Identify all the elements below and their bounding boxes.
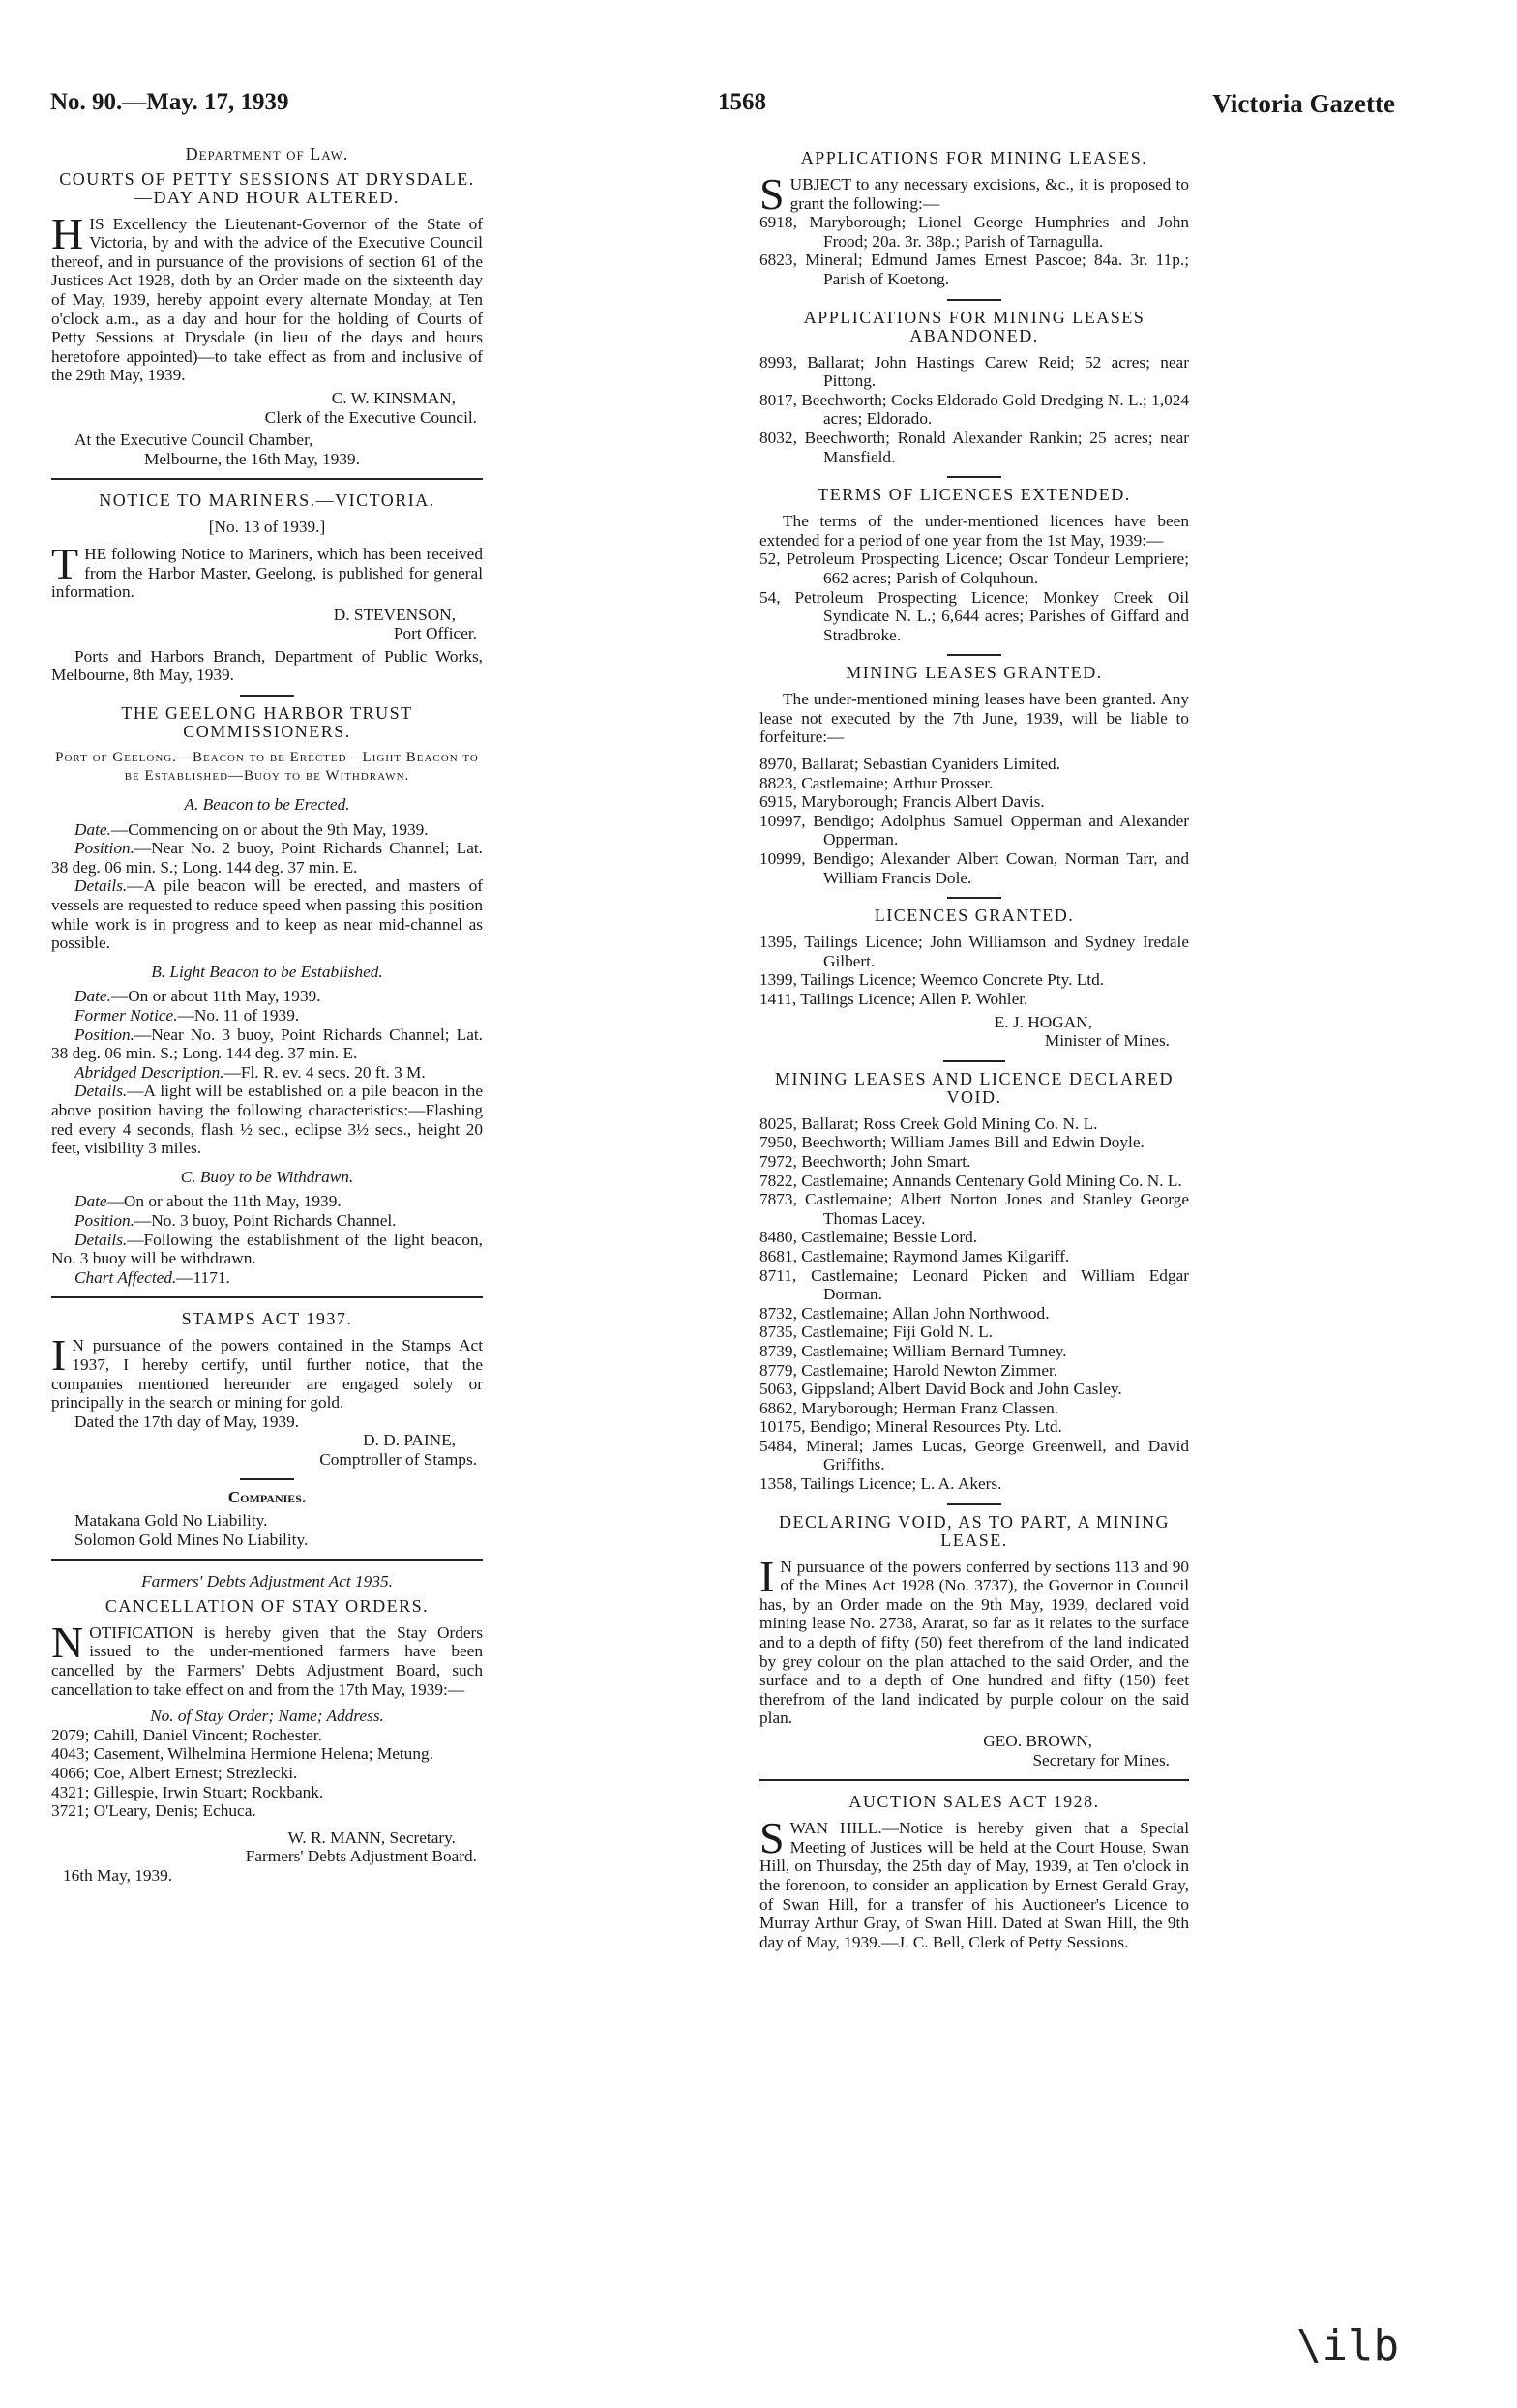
drop-cap: T — [51, 547, 78, 581]
licence-entries: 1395, Tailings Licence; John Williamson … — [759, 933, 1189, 1008]
list-item: 5063, Gippsland; Albert David Bock and J… — [759, 1380, 1189, 1399]
section-divider — [947, 897, 1001, 899]
notice-title: COURTS OF PETTY SESSIONS AT DRYSDALE.—DA… — [51, 170, 483, 207]
section-divider — [51, 478, 483, 480]
stay-order-item: 3721; O'Leary, Denis; Echuca. — [51, 1801, 483, 1821]
department-heading: Department of Law. — [51, 145, 483, 164]
notice-declared-void: MINING LEASES AND LICENCE DECLARED VOID.… — [759, 1070, 1189, 1494]
detail-item: Position.—No. 3 buoy, Point Richards Cha… — [51, 1211, 483, 1231]
notice-title: APPLICATIONS FOR MINING LEASES. — [759, 149, 1189, 167]
drop-cap: S — [759, 1821, 785, 1856]
drop-cap: S — [759, 177, 785, 212]
notice-body: THE following Notice to Mariners, which … — [51, 545, 483, 602]
list-item: 8025, Ballarat; Ross Creek Gold Mining C… — [759, 1115, 1189, 1134]
signatory-title: Farmers' Debts Adjustment Board. — [51, 1847, 483, 1866]
notice-geelong-harbor: THE GEELONG HARBOR TRUST COMMISSIONERS. … — [51, 704, 483, 1287]
signatory-title: Comptroller of Stamps. — [51, 1450, 483, 1470]
notice-title: DECLARING VOID, AS TO PART, A MINING LEA… — [759, 1513, 1189, 1550]
section-divider — [759, 1779, 1189, 1781]
detail-text: —Fl. R. ev. 4 secs. 20 ft. 3 M. — [224, 1063, 426, 1082]
notice-to-mariners: NOTICE TO MARINERS.—VICTORIA. [No. 13 of… — [51, 491, 483, 685]
detail-item: Date.—On or about 11th May, 1939. — [51, 987, 483, 1006]
detail-text: —No. 3 buoy, Point Richards Channel. — [134, 1211, 397, 1230]
detail-text: —1171. — [176, 1268, 230, 1287]
notice-title: THE GEELONG HARBOR TRUST COMMISSIONERS. — [51, 704, 483, 741]
signatory-name: D. STEVENSON, — [51, 606, 483, 625]
detail-item: Position.—Near No. 3 buoy, Point Richard… — [51, 1026, 483, 1063]
detail-item: Details.—A light will be established on … — [51, 1082, 483, 1157]
section-divider — [240, 695, 294, 697]
notice-body: IN pursuance of the powers contained in … — [51, 1336, 483, 1412]
companies-heading: Companies. — [51, 1488, 483, 1507]
section-divider — [943, 1060, 1005, 1062]
notice-title: STAMPS ACT 1937. — [51, 1310, 483, 1328]
detail-item: Date.—Commencing on or about the 9th May… — [51, 820, 483, 840]
notice-footer: Ports and Harbors Branch, Department of … — [51, 647, 483, 685]
list-item: 8779, Castlemaine; Harold Newton Zimmer. — [759, 1361, 1189, 1381]
notice-body: IN pursuance of the powers conferred by … — [759, 1558, 1189, 1728]
notice-title: NOTICE TO MARINERS.—VICTORIA. — [51, 491, 483, 510]
section-divider — [947, 1503, 1001, 1505]
geelong-sections: A. Beacon to be Erected.Date.—Commencing… — [51, 795, 483, 1287]
signatory-name: W. R. MANN, Secretary. — [51, 1828, 483, 1848]
signatory-name: E. J. HOGAN, — [759, 1013, 1189, 1032]
list-item: 8732, Castlemaine; Allan John Northwood. — [759, 1304, 1189, 1323]
list-item: 5484, Mineral; James Lucas, George Green… — [759, 1437, 1189, 1474]
stay-order-item: 2079; Cahill, Daniel Vincent; Rochester. — [51, 1726, 483, 1745]
issue-number: No. 90.—May. 17, 1939 — [50, 89, 289, 116]
notice-number: [No. 13 of 1939.] — [51, 518, 483, 537]
notice-part-void: DECLARING VOID, AS TO PART, A MINING LEA… — [759, 1513, 1189, 1770]
publication-title: Victoria Gazette — [1212, 89, 1395, 119]
notice-subtitle: Port of Geelong.—Beacon to be Erected—Li… — [51, 749, 483, 786]
list-item: 8681, Castlemaine; Raymond James Kilgari… — [759, 1247, 1189, 1266]
notice-auction-sales: AUCTION SALES ACT 1928. SWAN HILL.—Notic… — [759, 1793, 1189, 1951]
list-item: 10175, Bendigo; Mineral Resources Pty. L… — [759, 1417, 1189, 1437]
list-item: 10997, Bendigo; Adolphus Samuel Opperman… — [759, 812, 1189, 849]
notice-licences-extended: TERMS OF LICENCES EXTENDED. The terms of… — [759, 486, 1189, 644]
drop-cap: N — [51, 1625, 83, 1660]
list-item: 8735, Castlemaine; Fiji Gold N. L. — [759, 1323, 1189, 1342]
section-divider — [947, 476, 1001, 478]
signatory-title: Port Officer. — [51, 624, 483, 643]
lease-entries: 8993, Ballarat; John Hastings Carew Reid… — [759, 353, 1189, 467]
detail-label: Abridged Description. — [74, 1063, 224, 1082]
list-item: 8017, Beechworth; Cocks Eldorado Gold Dr… — [759, 391, 1189, 429]
signatory-name: GEO. BROWN, — [759, 1732, 1189, 1751]
list-item: 6823, Mineral; Edmund James Ernest Pasco… — [759, 251, 1189, 288]
detail-text: —No. 11 of 1939. — [178, 1006, 300, 1025]
detail-item: Former Notice.—No. 11 of 1939. — [51, 1006, 483, 1026]
notice-applications-mining-leases: APPLICATIONS FOR MINING LEASES. SUBJECT … — [759, 149, 1189, 289]
notice-title: MINING LEASES AND LICENCE DECLARED VOID. — [759, 1070, 1189, 1107]
list-item: 7873, Castlemaine; Albert Norton Jones a… — [759, 1190, 1189, 1228]
place-date: Melbourne, the 16th May, 1939. — [51, 450, 483, 469]
list-item: 8480, Castlemaine; Bessie Lord. — [759, 1228, 1189, 1247]
list-item: 1358, Tailings Licence; L. A. Akers. — [759, 1474, 1189, 1494]
subsection-heading: A. Beacon to be Erected. — [51, 795, 483, 815]
list-item: 8711, Castlemaine; Leonard Picken and Wi… — [759, 1266, 1189, 1304]
detail-label: Details. — [74, 1231, 127, 1249]
detail-label: Details. — [74, 1082, 127, 1100]
signatory-title: Minister of Mines. — [759, 1031, 1189, 1051]
notice-body: The under-mentioned mining leases have b… — [759, 690, 1189, 747]
notice-title: MINING LEASES GRANTED. — [759, 664, 1189, 682]
notice-title: LICENCES GRANTED. — [759, 907, 1189, 925]
list-item: 6915, Maryborough; Francis Albert Davis. — [759, 792, 1189, 812]
page-number: 1568 — [718, 89, 766, 116]
notice-applications-abandoned: APPLICATIONS FOR MINING LEASES ABANDONED… — [759, 309, 1189, 467]
notice-body: NOTIFICATION is hereby given that the St… — [51, 1623, 483, 1699]
notice-body: SWAN HILL.—Notice is hereby given that a… — [759, 1819, 1189, 1951]
notice-title: APPLICATIONS FOR MINING LEASES ABANDONED… — [759, 309, 1189, 345]
list-item: 1399, Tailings Licence; Weemco Concrete … — [759, 970, 1189, 990]
detail-label: Chart Affected. — [74, 1268, 176, 1287]
notice-body: The terms of the under-mentioned licence… — [759, 512, 1189, 550]
drop-cap: I — [51, 1338, 66, 1373]
detail-item: Position.—Near No. 2 buoy, Point Richard… — [51, 839, 483, 877]
list-item: 6918, Maryborough; Lionel George Humphri… — [759, 213, 1189, 251]
list-item: 8970, Ballarat; Sebastian Cyaniders Limi… — [759, 755, 1189, 774]
notice-body: SUBJECT to any necessary excisions, &c.,… — [759, 175, 1189, 213]
list-item: 7972, Beechworth; John Smart. — [759, 1152, 1189, 1172]
signatory-title: Clerk of the Executive Council. — [51, 408, 483, 428]
detail-label: Date. — [74, 987, 111, 1005]
section-divider — [947, 654, 1001, 656]
orders-columns-heading: No. of Stay Order; Name; Address. — [51, 1707, 483, 1726]
notice-mining-leases-granted: MINING LEASES GRANTED. The under-mention… — [759, 664, 1189, 887]
stay-order-item: 4321; Gillespie, Irwin Stuart; Rockbank. — [51, 1783, 483, 1802]
list-item: 8823, Castlemaine; Arthur Prosser. — [759, 774, 1189, 793]
detail-label: Date — [74, 1192, 107, 1210]
notice-stamps-act: STAMPS ACT 1937. IN pursuance of the pow… — [51, 1310, 483, 1549]
lease-entries: 8970, Ballarat; Sebastian Cyaniders Limi… — [759, 755, 1189, 887]
place-line: At the Executive Council Chamber, — [51, 431, 483, 450]
notice-title: CANCELLATION OF STAY ORDERS. — [51, 1597, 483, 1616]
list-item: 54, Petroleum Prospecting Licence; Monke… — [759, 588, 1189, 645]
list-item: 6862, Maryborough; Herman Franz Classen. — [759, 1399, 1189, 1418]
detail-label: Date. — [74, 820, 111, 839]
licence-entries: 52, Petroleum Prospecting Licence; Oscar… — [759, 550, 1189, 644]
notice-licences-granted: LICENCES GRANTED. 1395, Tailings Licence… — [759, 907, 1189, 1051]
detail-label: Former Notice. — [74, 1006, 178, 1025]
list-item: 7950, Beechworth; William James Bill and… — [759, 1133, 1189, 1152]
detail-item: Details.—A pile beacon will be erected, … — [51, 877, 483, 952]
signatory-name: D. D. PAINE, — [51, 1431, 483, 1450]
lease-entries: 6918, Maryborough; Lionel George Humphri… — [759, 213, 1189, 288]
detail-text: —On or about 11th May, 1939. — [111, 987, 321, 1005]
stay-orders-list: 2079; Cahill, Daniel Vincent; Rochester.… — [51, 1726, 483, 1821]
section-divider — [947, 299, 1001, 301]
notice-title: TERMS OF LICENCES EXTENDED. — [759, 486, 1189, 504]
page-header: No. 90.—May. 17, 1939 1568 Victoria Gaze… — [50, 89, 1414, 128]
drop-cap: H — [51, 217, 83, 252]
stay-order-item: 4066; Coe, Albert Ernest; Strezlecki. — [51, 1764, 483, 1783]
detail-label: Details. — [74, 877, 127, 895]
void-entries: 8025, Ballarat; Ross Creek Gold Mining C… — [759, 1115, 1189, 1494]
list-item: 1395, Tailings Licence; John Williamson … — [759, 933, 1189, 970]
scan-mark: \ilb — [1296, 2317, 1335, 2375]
signatory-name: C. W. KINSMAN, — [51, 389, 483, 408]
left-column: Department of Law. COURTS OF PETTY SESSI… — [51, 145, 483, 1886]
detail-text: —On or about the 11th May, 1939. — [107, 1192, 342, 1210]
subsection-heading: C. Buoy to be Withdrawn. — [51, 1168, 483, 1187]
act-heading: Farmers' Debts Adjustment Act 1935. — [51, 1572, 483, 1591]
detail-label: Position. — [74, 839, 134, 857]
list-item: 8739, Castlemaine; William Bernard Tumne… — [759, 1342, 1189, 1361]
dated-line: Dated the 17th day of May, 1939. — [51, 1412, 483, 1432]
list-item: 8993, Ballarat; John Hastings Carew Reid… — [759, 353, 1189, 391]
notice-title: AUCTION SALES ACT 1928. — [759, 1793, 1189, 1811]
detail-label: Position. — [74, 1211, 134, 1230]
detail-text: —Commencing on or about the 9th May, 193… — [111, 820, 429, 839]
list-item: 1411, Tailings Licence; Allen P. Wohler. — [759, 990, 1189, 1009]
detail-item: Date—On or about the 11th May, 1939. — [51, 1192, 483, 1211]
signatory-title: Secretary for Mines. — [759, 1751, 1189, 1770]
company-item: Solomon Gold Mines No Liability. — [51, 1531, 483, 1550]
detail-item: Details.—Following the establishment of … — [51, 1231, 483, 1268]
detail-label: Position. — [74, 1026, 134, 1044]
notice-body: HIS Excellency the Lieutenant-Governor o… — [51, 215, 483, 385]
subsection-heading: B. Light Beacon to be Established. — [51, 963, 483, 982]
notice-date: 16th May, 1939. — [51, 1866, 483, 1886]
list-item: 8032, Beechworth; Ronald Alexander Ranki… — [759, 429, 1189, 466]
list-item: 7822, Castlemaine; Annands Centenary Gol… — [759, 1172, 1189, 1191]
right-column: APPLICATIONS FOR MINING LEASES. SUBJECT … — [759, 145, 1189, 1951]
detail-item: Abridged Description.—Fl. R. ev. 4 secs.… — [51, 1063, 483, 1083]
list-item: 10999, Bendigo; Alexander Albert Cowan, … — [759, 849, 1189, 887]
list-item: 52, Petroleum Prospecting Licence; Oscar… — [759, 550, 1189, 587]
drop-cap: I — [759, 1560, 774, 1594]
stay-order-item: 4043; Casement, Wilhelmina Hermione Hele… — [51, 1744, 483, 1764]
detail-item: Chart Affected.—1171. — [51, 1268, 483, 1288]
notice-farmers-debts: Farmers' Debts Adjustment Act 1935. CANC… — [51, 1572, 483, 1885]
company-item: Matakana Gold No Liability. — [51, 1511, 483, 1531]
section-divider — [51, 1296, 483, 1298]
section-divider — [240, 1478, 294, 1480]
section-divider — [51, 1559, 483, 1561]
notice-department-of-law: Department of Law. COURTS OF PETTY SESSI… — [51, 145, 483, 468]
